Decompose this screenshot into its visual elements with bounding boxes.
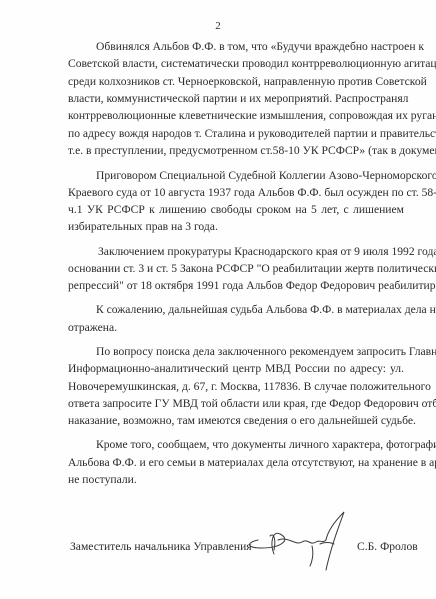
signatory-title: Заместитель начальника Управления	[70, 540, 252, 553]
text-line: Обвинялся Альбов Ф.Ф. в том, что «Будучи…	[96, 40, 404, 54]
text-line: среди колхозников ст. Черноерковской, на…	[68, 75, 404, 89]
text-line: наказание, возможно, там имеются сведени…	[68, 414, 404, 428]
text-line: По вопросу поиска дела заключенного реко…	[96, 345, 404, 359]
text-line: не поступали.	[68, 473, 404, 487]
text-line: Новочеремушкинская, д. 67, г. Москва, 11…	[68, 380, 404, 394]
text-line: Заключением прокуратуры Краснодарского к…	[98, 245, 404, 259]
signatory-name: С.Б. Фролов	[357, 540, 418, 553]
handwritten-signature-icon	[240, 510, 360, 574]
text-line: К сожалению, дальнейшая судьба Альбова Ф…	[96, 303, 404, 317]
text-line: Приговором Специальной Судебной Коллегии…	[96, 169, 404, 183]
text-line: избирательных прав на 3 года.	[68, 220, 404, 234]
text-line: ч.1 УК РСФСР к лишению свободы сроком на…	[68, 203, 404, 217]
page-number: 2	[0, 20, 436, 32]
text-line: ответа запросите ГУ МВД той области или …	[68, 397, 404, 411]
document-page: 2 Обвинялся Альбов Ф.Ф. в том, что «Буду…	[0, 0, 436, 599]
text-line: т.е. в преступлении, предусмотренном ст.…	[68, 144, 404, 158]
signature-block: Заместитель начальника Управления С.Б. Ф…	[0, 538, 436, 578]
text-line: власти, коммунистической партии и их мер…	[68, 92, 404, 106]
text-line: Советской власти, систематически проводи…	[68, 57, 404, 71]
text-line: контрреволюционные клеветнические измышл…	[68, 109, 404, 123]
text-line: репрессий" от 18 октября 1991 года Альбо…	[68, 279, 404, 293]
text-line: Краевого суда от 10 августа 1937 года Ал…	[68, 186, 404, 200]
text-line: Альбова Ф.Ф. и его семьи в материалах де…	[68, 456, 404, 470]
text-line: Кроме того, сообщаем, что документы личн…	[96, 438, 404, 452]
text-line: основании ст. 3 и ст. 5 Закона РСФСР "О …	[68, 262, 404, 276]
text-line: отражена.	[68, 321, 404, 335]
text-line: Информационно-аналитический центр МВД Ро…	[68, 362, 404, 376]
text-line: по адресу вождя народов т. Сталина и рук…	[68, 127, 404, 141]
